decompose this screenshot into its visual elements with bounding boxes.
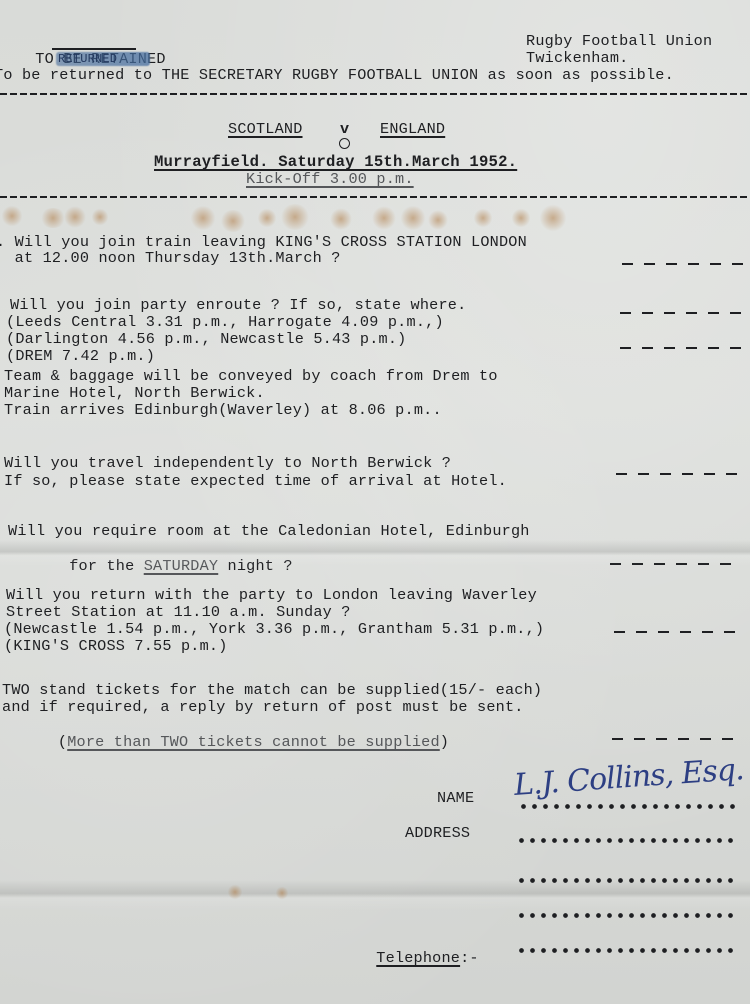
address-field-line-1[interactable] [516,838,738,843]
telephone-suffix: :- [460,949,479,967]
question-line: (Newcastle 1.54 p.m., York 3.36 p.m., Gr… [4,620,544,638]
divider-top [0,93,750,95]
rust-stain [64,206,86,228]
rust-stain [372,206,396,230]
circle-mark-icon [339,138,350,149]
document-page: TO BE RETAINED RETURNED To be returned t… [0,0,750,1004]
address-field-line-3[interactable] [516,913,738,918]
paren: ) [440,733,449,751]
question-line: at 12.00 noon Thursday 13th.March ? [0,249,341,267]
org-location: Twickenham. [526,49,628,67]
question-line: Will you join party enroute ? If so, sta… [10,296,466,314]
answer-line-q1[interactable] [622,263,750,265]
telephone-field[interactable] [516,948,738,953]
rust-stain [400,206,426,230]
rust-stain [190,206,216,230]
rust-stain [276,886,288,900]
telephone-label: Telephone [376,949,460,967]
divider-fixture [0,196,750,198]
ticket-limit-note: More than TWO tickets cannot be supplied [67,733,440,751]
paper-fold [0,540,750,566]
address-field-line-2[interactable] [516,878,738,883]
answer-line-q2a[interactable] [620,312,750,314]
question-line: (KING'S CROSS 7.55 p.m.) [4,637,228,655]
rust-stain [228,884,242,900]
rust-stain [258,208,276,228]
answer-line-q5[interactable] [614,631,744,633]
question-line: Will you return with the party to London… [6,586,537,604]
question-line: TWO stand tickets for the match can be s… [2,681,542,699]
answer-line-q6[interactable] [612,738,742,740]
answer-line-q2b[interactable] [620,347,750,349]
paren: ( [58,733,67,751]
rust-stain [474,208,492,228]
question-line: Street Station at 11.10 a.m. Sunday ? [6,603,351,621]
versus-label: v [340,120,349,138]
question-line: Will you require room at the Caledonian … [8,522,530,540]
return-instruction: To be returned to THE SECRETARY RUGBY FO… [0,66,674,84]
address-label: ADDRESS [405,824,470,842]
question-line: Marine Hotel, North Berwick. [4,384,265,402]
rust-stain [92,208,108,226]
kickoff-time: Kick-Off 3.00 p.m. [246,170,414,188]
rust-stain [512,208,530,228]
question-line: (DREM 7.42 p.m.) [6,347,155,365]
question-line: (Darlington 4.56 p.m., Newcastle 5.43 p.… [6,330,407,348]
rust-stain [220,210,246,232]
question-line: Train arrives Edinburgh(Waverley) at 8.0… [4,401,442,419]
question-line: (Leeds Central 3.31 p.m., Harrogate 4.09… [6,313,444,331]
rust-stain [330,208,352,230]
paper-fold [0,880,750,910]
question-line: Team & baggage will be conveyed by coach… [4,367,498,385]
org-name: Rugby Football Union [526,32,712,50]
away-team: ENGLAND [380,120,445,138]
rust-stain [540,204,566,232]
rust-stain [428,210,448,230]
name-label: NAME [437,789,474,807]
venue-date: Murrayfield. Saturday 15th.March 1952. [154,153,517,171]
rust-stain [280,204,310,230]
name-signature: L.J. Collins, Esq. [513,752,747,838]
answer-line-q3[interactable] [616,473,746,475]
question-line: and if required, a reply by return of po… [2,698,524,716]
rust-stain [2,205,22,227]
question-line: Will you travel independently to North B… [4,454,451,472]
rust-stain [40,208,66,228]
question-line: If so, please state expected time of arr… [4,472,507,490]
home-team: SCOTLAND [228,120,303,138]
